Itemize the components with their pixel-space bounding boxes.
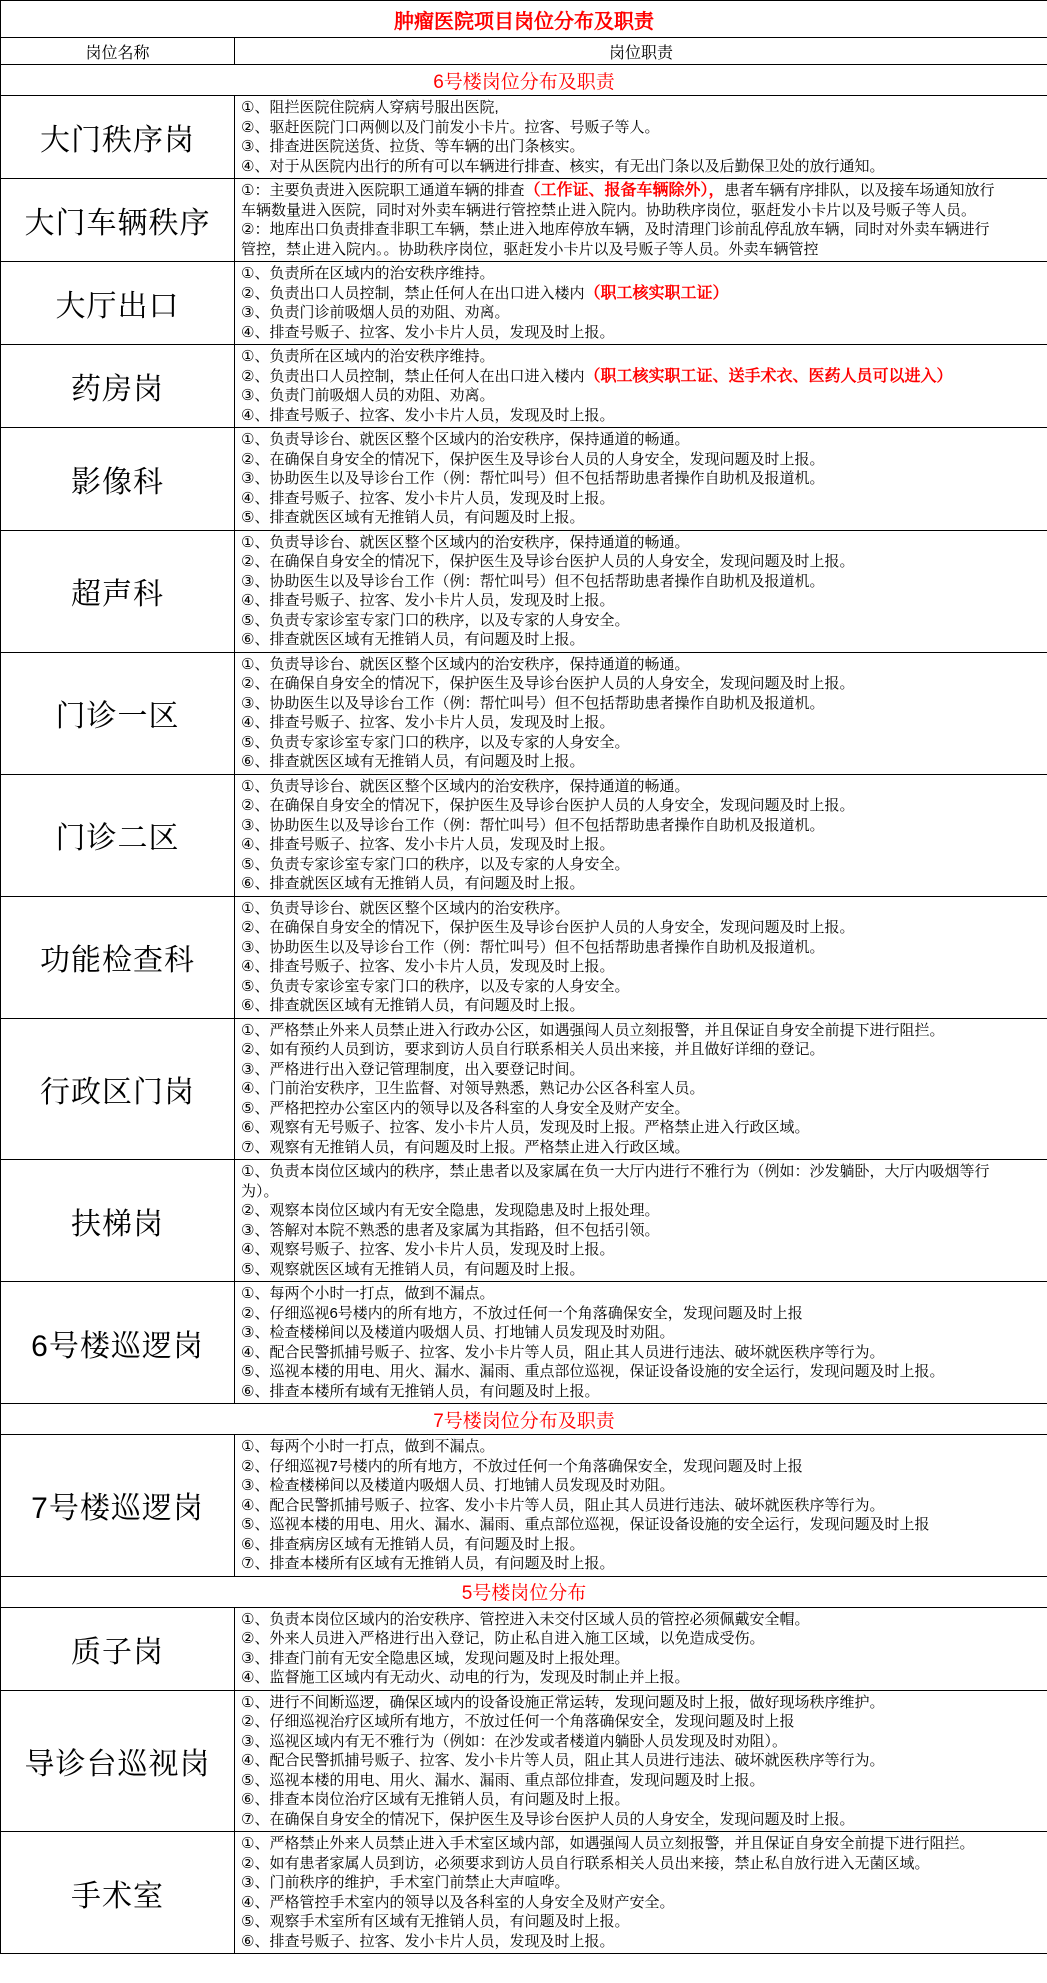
duty-item: ③、协助医生以及导诊台工作（例：帮忙叫号）但不包括帮助患者操作自助机及报道机。 (241, 816, 997, 836)
duty-item-text: ②、在确保自身安全的情况下，保护医生及导诊台人员的人身安全，发现问题及时上报。 (241, 451, 824, 468)
duty-item: ⑥、排查就医区域有无推销人员，有问题及时上报。 (241, 630, 997, 650)
duty-item: ③、协助医生以及导诊台工作（例：帮忙叫号）但不包括帮助患者操作自助机及报道机。 (241, 469, 997, 489)
duty-item: ④、对于从医院内出行的所有可以车辆进行排查、核实，有无出门条以及后勤保卫处的放行… (241, 157, 997, 177)
post-name: 手术室 (1, 1832, 235, 1954)
duty-item: ⑤、巡视本楼的用电、用火、漏水、漏雨、重点部位巡视，保证设备设施的安全运行，发现… (241, 1362, 997, 1382)
duty-item-text: ③、协助医生以及导诊台工作（例：帮忙叫号）但不包括帮助患者操作自助机及报道机。 (241, 817, 824, 834)
duty-item: ③、协助医生以及导诊台工作（例：帮忙叫号）但不包括帮助患者操作自助机及报道机。 (241, 694, 997, 714)
duty-item: ③、排查门前有无安全隐患区域，发现问题及时上报处理。 (241, 1649, 997, 1669)
duty-item-text: ③、检查楼梯间以及楼道内吸烟人员、打地铺人员发现及时劝阻。 (241, 1477, 674, 1494)
post-name: 功能检查科 (1, 896, 235, 1018)
post-row: 超声科 ①、负责导诊台、就医区整个区域内的治安秩序，保持通道的畅通。②、在确保自… (1, 530, 1047, 652)
duty-item: ⑤、巡视本楼的用电、用火、漏水、漏雨、重点部位巡视，保证设备设施的安全运行，发现… (241, 1515, 997, 1535)
duty-item-text: ②、如有预约人员到访，要求到访人员自行联系相关人员出来接，并且做好详细的登记。 (241, 1041, 824, 1058)
duty-item: ⑥、排查就医区域有无推销人员，有问题及时上报。 (241, 874, 997, 894)
duty-item: ③、检查楼梯间以及楼道内吸烟人员、打地铺人员发现及时劝阻。 (241, 1476, 997, 1496)
duty-item-text: ②、仔细巡视7号楼内的所有地方，不放过任何一个角落确保安全，发现问题及时上报 (241, 1458, 803, 1475)
duty-item: ③、严格进行出入登记管理制度，出入要登记时间。 (241, 1060, 997, 1080)
duty-item-text: ①、进行不间断巡逻，确保区域内的设备设施正常运转，发现问题及时上报，做好现场秩序… (241, 1694, 884, 1711)
post-name: 行政区门岗 (1, 1018, 235, 1160)
duty-item-text: ④、配合民警抓捕号贩子、拉客、发小卡片等人员，阻止其人员进行违法、破坏就医秩序等… (241, 1344, 884, 1361)
duty-item: ①、阻拦医院住院病人穿病号服出医院, (241, 98, 997, 118)
duty-list: ①、负责导诊台、就医区整个区域内的治安秩序，保持通道的畅通。②、在确保自身安全的… (235, 774, 1047, 896)
duty-item-text: ⑦、排查本楼所有区域有无推销人员，有问题及时上报。 (241, 1555, 614, 1572)
duty-item: ②、如有患者家属人员到访，必须要求到访人员自行联系相关人员出来接，禁止私自放行进… (241, 1854, 997, 1874)
duty-item: ④、严格管控手术室内的领导以及各科室的人身安全及财产安全。 (241, 1893, 997, 1913)
duty-item: ①：主要负责进入医院职工通道车辆的排查（工作证、报备车辆除外），患者车辆有序排队… (241, 181, 997, 220)
duty-list: ①、每两个小时一打点，做到不漏点。②、仔细巡视6号楼内的所有地方，不放过任何一个… (235, 1282, 1047, 1404)
duty-item-text: ⑥、排查就医区域有无推销人员，有问题及时上报。 (241, 997, 584, 1014)
title-row: 肿瘤医院项目岗位分布及职责 (1, 1, 1047, 38)
duty-item: ④、观察号贩子、拉客、发小卡片人员，发现及时上报。 (241, 1240, 997, 1260)
duty-item: ①、严格禁止外来人员禁止进入行政办公区，如遇强闯人员立刻报警，并且保证自身安全前… (241, 1021, 997, 1041)
duty-item-text: ①、负责导诊台、就医区整个区域内的治安秩序，保持通道的畅通。 (241, 656, 689, 673)
duty-item: ②、负责出口人员控制，禁止任何人在出口进入楼内（职工核实职工证） (241, 284, 997, 304)
duty-item-text: ④、监督施工区域内有无动火、动电的行为，发现及时制止并上报。 (241, 1669, 689, 1686)
duty-item: ②、在确保自身安全的情况下，保护医生及导诊台医护人员的人身安全，发现问题及时上报… (241, 674, 997, 694)
duty-item: ①、负责导诊台、就医区整个区域内的治安秩序。 (241, 899, 997, 919)
duty-item-text: ⑤、巡视本楼的用电、用火、漏水、漏雨、重点部位巡视，保证设备设施的安全运行，发现… (241, 1363, 944, 1380)
duty-item-text: ⑤、严格把控办公室区内的领导以及各科室的人身安全及财产安全。 (241, 1100, 689, 1117)
duty-item: ②、观察本岗位区域内有无安全隐患，发现隐患及时上报处理。 (241, 1201, 997, 1221)
duty-item: ③、协助医生以及导诊台工作（例：帮忙叫号）但不包括帮助患者操作自助机及报道机。 (241, 572, 997, 592)
duty-item-text: ③、巡视区域内有无不雅行为（例如：在沙发或者楼道内躺卧人员发现及时劝阻）。 (241, 1733, 787, 1750)
duty-item: ①、负责所在区域内的治安秩序维持。 (241, 264, 997, 284)
post-name: 门诊二区 (1, 774, 235, 896)
duty-item-text: ⑤、观察就医区域有无推销人员，有问题及时上报。 (241, 1261, 584, 1278)
duty-item: ⑥、排查号贩子、拉客、发小卡片人员，发现及时上报。 (241, 1932, 997, 1952)
duty-item-text: ④、排查号贩子、拉客、发小卡片人员，发现及时上报。 (241, 407, 614, 424)
duty-item: ⑥、排查病房区域有无推销人员，有问题及时上报。 (241, 1535, 997, 1555)
duty-item: ②、在确保自身安全的情况下，保护医生及导诊台医护人员的人身安全，发现问题及时上报… (241, 796, 997, 816)
duty-item: ⑥、排查就医区域有无推销人员，有问题及时上报。 (241, 996, 997, 1016)
post-row: 导诊台巡视岗 ①、进行不间断巡逻，确保区域内的设备设施正常运转，发现问题及时上报… (1, 1690, 1047, 1832)
duty-item-text: ③、协助医生以及导诊台工作（例：帮忙叫号）但不包括帮助患者操作自助机及报道机。 (241, 695, 824, 712)
duty-item: ⑥、排查本楼所有域有无推销人员，有问题及时上报。 (241, 1382, 997, 1402)
duty-item: ③、协助医生以及导诊台工作（例：帮忙叫号）但不包括帮助患者操作自助机及报道机。 (241, 938, 997, 958)
duty-item: ⑤、观察就医区域有无推销人员，有问题及时上报。 (241, 1260, 997, 1280)
duty-list: ①、负责导诊台、就医区整个区域内的治安秩序。②、在确保自身安全的情况下，保护医生… (235, 896, 1047, 1018)
duty-item: ④、门前治安秩序，卫生监督、对领导熟悉，熟记办公区各科室人员。 (241, 1079, 997, 1099)
duty-item-text: ②、在确保自身安全的情况下，保护医生及导诊台医护人员的人身安全，发现问题及时上报… (241, 797, 854, 814)
duty-item-text: ⑥、排查就医区域有无推销人员，有问题及时上报。 (241, 875, 584, 892)
duty-item: ③、门前秩序的维护，手术室门前禁止大声喧哗。 (241, 1873, 997, 1893)
duty-item: ⑦、观察有无推销人员，有问题及时上报。严格禁止进入行政区域。 (241, 1138, 997, 1158)
duty-item-text: ⑦、观察有无推销人员，有问题及时上报。严格禁止进入行政区域。 (241, 1139, 689, 1156)
duty-item: ⑤、负责专家诊室专家门口的秩序，以及专家的人身安全。 (241, 855, 997, 875)
duty-item: ④、排查号贩子、拉客、发小卡片人员，发现及时上报。 (241, 591, 997, 611)
duty-item-text: ③、负责门诊前吸烟人员的劝阻、劝离。 (241, 304, 509, 321)
duty-item-text: ③、协助医生以及导诊台工作（例：帮忙叫号）但不包括帮助患者操作自助机及报道机。 (241, 470, 824, 487)
duty-item-text: ⑤、负责专家诊室专家门口的秩序，以及专家的人身安全。 (241, 734, 629, 751)
duty-item-text: ②、仔细巡视6号楼内的所有地方，不放过任何一个角落确保安全，发现问题及时上报 (241, 1305, 803, 1322)
duty-item: ⑤、负责专家诊室专家门口的秩序，以及专家的人身安全。 (241, 977, 997, 997)
duty-item: ①、每两个小时一打点，做到不漏点。 (241, 1284, 997, 1304)
duty-item-text: ④、严格管控手术室内的领导以及各科室的人身安全及财产安全。 (241, 1894, 674, 1911)
post-name: 影像科 (1, 428, 235, 531)
duty-item-text: ①、负责导诊台、就医区整个区域内的治安秩序。 (241, 900, 569, 917)
post-row: 6号楼巡逻岗 ①、每两个小时一打点，做到不漏点。②、仔细巡视6号楼内的所有地方，… (1, 1282, 1047, 1404)
section-header: 5号楼岗位分布 (1, 1576, 1047, 1607)
post-row: 功能检查科 ①、负责导诊台、就医区整个区域内的治安秩序。②、在确保自身安全的情况… (1, 896, 1047, 1018)
post-row: 药房岗 ①、负责所在区域内的治安秩序维持。②、负责出口人员控制，禁止任何人在出口… (1, 345, 1047, 428)
duty-item-text: ②、负责出口人员控制，禁止任何人在出口进入楼内 (241, 285, 584, 302)
duty-list: ①、负责所在区域内的治安秩序维持。②、负责出口人员控制，禁止任何人在出口进入楼内… (235, 262, 1047, 345)
post-name: 7号楼巡逻岗 (1, 1435, 235, 1577)
duty-item: ④、配合民警抓捕号贩子、拉客、发小卡片等人员，阻止其人员进行违法、破坏就医秩序等… (241, 1496, 997, 1516)
duty-item-text: ①、每两个小时一打点，做到不漏点。 (241, 1285, 494, 1302)
duty-item: ①、每两个小时一打点，做到不漏点。 (241, 1437, 997, 1457)
duty-list: ①、严格禁止外来人员禁止进入手术室区域内部，如遇强闯人员立刻报警，并且保证自身安… (235, 1832, 1047, 1954)
duty-item-text: ⑥、排查本岗位治疗区域有无推销人员，有问题及时上报。 (241, 1791, 629, 1808)
post-name: 大门车辆秩序 (1, 179, 235, 262)
duty-item-text: ②、在确保自身安全的情况下，保护医生及导诊台医护人员的人身安全，发现问题及时上报… (241, 675, 854, 692)
duty-item-text: ⑤、观察手术室所有区域有无推销人员，有问题及时上报。 (241, 1913, 629, 1930)
duty-item: ①、负责导诊台、就医区整个区域内的治安秩序，保持通道的畅通。 (241, 655, 997, 675)
duty-item: ①、负责导诊台、就医区整个区域内的治安秩序，保持通道的畅通。 (241, 430, 997, 450)
duty-item: ⑤、观察手术室所有区域有无推销人员，有问题及时上报。 (241, 1912, 997, 1932)
duty-item: ①、负责所在区域内的治安秩序维持。 (241, 347, 997, 367)
duty-item-text: ①、每两个小时一打点，做到不漏点。 (241, 1438, 494, 1455)
duty-item: ⑥、排查就医区域有无推销人员，有问题及时上报。 (241, 752, 997, 772)
post-name: 扶梯岗 (1, 1160, 235, 1282)
duty-item-text: ⑤、负责专家诊室专家门口的秩序，以及专家的人身安全。 (241, 856, 629, 873)
duty-item-emphasis: （职工核实职工证、送手术衣、医药人员可以进入） (584, 368, 952, 385)
post-row: 大门车辆秩序 ①：主要负责进入医院职工通道车辆的排查（工作证、报备车辆除外），患… (1, 179, 1047, 262)
duty-item-text: ④、排查号贩子、拉客、发小卡片人员，发现及时上报。 (241, 958, 614, 975)
duty-item: ④、配合民警抓捕号贩子、拉客、发小卡片等人员，阻止其人员进行违法、破坏就医秩序等… (241, 1343, 997, 1363)
post-name: 药房岗 (1, 345, 235, 428)
duty-item: ①、严格禁止外来人员禁止进入手术室区域内部，如遇强闯人员立刻报警，并且保证自身安… (241, 1834, 997, 1854)
duty-list: ①、负责导诊台、就医区整个区域内的治安秩序，保持通道的畅通。②、在确保自身安全的… (235, 652, 1047, 774)
duty-item-emphasis: （工作证、报备车辆除外）， (524, 182, 724, 199)
duty-item-text: ②、仔细巡视治疗区域所有地方，不放过任何一个角落确保安全，发现问题及时上报 (241, 1713, 794, 1730)
duty-item-text: ①、负责所在区域内的治安秩序维持。 (241, 265, 494, 282)
duty-item-text: ①、严格禁止外来人员禁止进入行政办公区，如遇强闯人员立刻报警，并且保证自身安全前… (241, 1022, 944, 1039)
post-row: 大门秩序岗 ①、阻拦医院住院病人穿病号服出医院,②、驱赶医院门口两侧以及门前发小… (1, 96, 1047, 179)
duty-list: ①、负责本岗位区域内的治安秩序、管控进入未交付区域人员的管控必须佩戴安全帽。②、… (235, 1607, 1047, 1690)
duty-item-text: ④、排查号贩子、拉客、发小卡片人员，发现及时上报。 (241, 592, 614, 609)
post-row: 门诊一区 ①、负责导诊台、就医区整个区域内的治安秩序，保持通道的畅通。②、在确保… (1, 652, 1047, 774)
duty-item-text: ①、严格禁止外来人员禁止进入手术室区域内部，如遇强闯人员立刻报警，并且保证自身安… (241, 1835, 974, 1852)
duty-item-text: ⑤、巡视本楼的用电、用火、漏水、漏雨、重点部位巡视，保证设备设施的安全运行，发现… (241, 1516, 929, 1533)
duty-item-text: ④、排查号贩子、拉客、发小卡片人员，发现及时上报。 (241, 324, 614, 341)
post-row: 质子岗 ①、负责本岗位区域内的治安秩序、管控进入未交付区域人员的管控必须佩戴安全… (1, 1607, 1047, 1690)
duty-item-text: ④、对于从医院内出行的所有可以车辆进行排查、核实，有无出门条以及后勤保卫处的放行… (241, 158, 884, 175)
duty-item-text: ④、排查号贩子、拉客、发小卡片人员，发现及时上报。 (241, 836, 614, 853)
post-row: 大厅出口 ①、负责所在区域内的治安秩序维持。②、负责出口人员控制，禁止任何人在出… (1, 262, 1047, 345)
post-name: 6号楼巡逻岗 (1, 1282, 235, 1404)
duty-item: ⑤、巡视本楼的用电、用火、漏水、漏雨、重点部位排查，发现问题及时上报。 (241, 1771, 997, 1791)
duty-item-text: ①、负责本岗位区域内的秩序，禁止患者以及家属在负一大厅内进行不雅行为（例如：沙发… (241, 1163, 989, 1200)
duty-item: ③、负责门前吸烟人员的劝阻、劝离。 (241, 386, 997, 406)
duty-item: ④、配合民警抓捕号贩子、拉客、发小卡片等人员，阻止其人员进行违法、破坏就医秩序等… (241, 1751, 997, 1771)
duty-item-text: ③、排查门前有无安全隐患区域，发现问题及时上报处理。 (241, 1650, 629, 1667)
duty-item-text: ④、配合民警抓捕号贩子、拉客、发小卡片等人员，阻止其人员进行违法、破坏就医秩序等… (241, 1497, 884, 1514)
duty-item: ④、排查号贩子、拉客、发小卡片人员，发现及时上报。 (241, 713, 997, 733)
duty-list: ①、阻拦医院住院病人穿病号服出医院,②、驱赶医院门口两侧以及门前发小卡片。拉客、… (235, 96, 1047, 179)
duty-item: ②、在确保自身安全的情况下，保护医生及导诊台医护人员的人身安全，发现问题及时上报… (241, 918, 997, 938)
duty-item-text: ①、负责所在区域内的治安秩序维持。 (241, 348, 494, 365)
duty-item: ①、负责导诊台、就医区整个区域内的治安秩序，保持通道的畅通。 (241, 533, 997, 553)
duty-item-text: ②、在确保自身安全的情况下，保护医生及导诊台医护人员的人身安全，发现问题及时上报… (241, 553, 854, 570)
duty-item: ④、排查号贩子、拉客、发小卡片人员，发现及时上报。 (241, 406, 997, 426)
section-header-row: 7号楼岗位分布及职责 (1, 1404, 1047, 1435)
duty-item-text: ①、阻拦医院住院病人穿病号服出医院, (241, 99, 499, 116)
duty-item-text: ③、协助医生以及导诊台工作（例：帮忙叫号）但不包括帮助患者操作自助机及报道机。 (241, 573, 824, 590)
duty-item-text: ②、驱赶医院门口两侧以及门前发小卡片。拉客、号贩子等人。 (241, 119, 659, 136)
duty-item-text: ①：主要负责进入医院职工通道车辆的排查 (241, 182, 524, 199)
duty-item-text: ①、负责导诊台、就医区整个区域内的治安秩序，保持通道的畅通。 (241, 778, 689, 795)
duty-item: ②、仔细巡视6号楼内的所有地方，不放过任何一个角落确保安全，发现问题及时上报 (241, 1304, 997, 1324)
column-header-name: 岗位名称 (1, 38, 235, 65)
duty-item-text: ⑤、负责专家诊室专家门口的秩序，以及专家的人身安全。 (241, 978, 629, 995)
duty-item-text: ③、门前秩序的维护，手术室门前禁止大声喧哗。 (241, 1874, 569, 1891)
post-row: 7号楼巡逻岗 ①、每两个小时一打点，做到不漏点。②、仔细巡视7号楼内的所有地方，… (1, 1435, 1047, 1577)
duty-item-text: ⑤、巡视本楼的用电、用火、漏水、漏雨、重点部位排查，发现问题及时上报。 (241, 1772, 764, 1789)
duty-item-text: ③、负责门前吸烟人员的劝阻、劝离。 (241, 387, 494, 404)
duty-item-text: ⑤、排查就医区域有无推销人员，有问题及时上报。 (241, 509, 584, 526)
post-name: 门诊一区 (1, 652, 235, 774)
duty-item: ②、负责出口人员控制，禁止任何人在出口进入楼内（职工核实职工证、送手术衣、医药人… (241, 367, 997, 387)
post-row: 影像科 ①、负责导诊台、就医区整个区域内的治安秩序，保持通道的畅通。②、在确保自… (1, 428, 1047, 531)
duty-item: ④、排查号贩子、拉客、发小卡片人员，发现及时上报。 (241, 489, 997, 509)
duty-item-text: ④、观察号贩子、拉客、发小卡片人员，发现及时上报。 (241, 1241, 614, 1258)
duty-item-text: ⑥、排查就医区域有无推销人员，有问题及时上报。 (241, 753, 584, 770)
duty-list: ①、进行不间断巡逻，确保区域内的设备设施正常运转，发现问题及时上报，做好现场秩序… (235, 1690, 1047, 1832)
duty-item-text: ⑥、排查号贩子、拉客、发小卡片人员，发现及时上报。 (241, 1933, 614, 1950)
duty-item: ②、如有预约人员到访，要求到访人员自行联系相关人员出来接，并且做好详细的登记。 (241, 1040, 997, 1060)
column-header-row: 岗位名称 岗位职责 (1, 38, 1047, 65)
column-header-duty: 岗位职责 (235, 38, 1047, 65)
duty-item: ⑦、排查本楼所有区域有无推销人员，有问题及时上报。 (241, 1554, 997, 1574)
duty-item: ③、答解对本院不熟悉的患者及家属为其指路，但不包括引领。 (241, 1221, 997, 1241)
duty-item-text: ①、负责导诊台、就医区整个区域内的治安秩序，保持通道的畅通。 (241, 431, 689, 448)
duty-item: ③、检查楼梯间以及楼道内吸烟人员、打地铺人员发现及时劝阻。 (241, 1323, 997, 1343)
duty-item-text: ③、排查进医院送货、拉货、等车辆的出门条核实。 (241, 138, 584, 155)
duty-item: ③、负责门诊前吸烟人员的劝阻、劝离。 (241, 303, 997, 323)
duty-item: ④、排查号贩子、拉客、发小卡片人员，发现及时上报。 (241, 323, 997, 343)
duty-list: ①、负责导诊台、就医区整个区域内的治安秩序，保持通道的畅通。②、在确保自身安全的… (235, 428, 1047, 531)
duty-item: ②、外来人员进入严格进行出入登记，防止私自进入施工区域，以免造成受伤。 (241, 1629, 997, 1649)
duty-list: ①、负责本岗位区域内的秩序，禁止患者以及家属在负一大厅内进行不雅行为（例如：沙发… (235, 1160, 1047, 1282)
section-header-row: 5号楼岗位分布 (1, 1576, 1047, 1607)
duty-item-text: ⑥、排查本楼所有域有无推销人员，有问题及时上报。 (241, 1383, 599, 1400)
duty-item-text: ②：地库出口负责排查非职工车辆，禁止进入地库停放车辆，及时清理门诊前乱停乱放车辆… (241, 221, 989, 258)
duty-item-text: ①、负责导诊台、就医区整个区域内的治安秩序，保持通道的畅通。 (241, 534, 689, 551)
duty-item-text: ④、门前治安秩序，卫生监督、对领导熟悉，熟记办公区各科室人员。 (241, 1080, 704, 1097)
section-header: 7号楼岗位分布及职责 (1, 1404, 1047, 1435)
duty-item: ⑤、负责专家诊室专家门口的秩序，以及专家的人身安全。 (241, 611, 997, 631)
duty-item: ②、在确保自身安全的情况下，保护医生及导诊台人员的人身安全，发现问题及时上报。 (241, 450, 997, 470)
duty-item-text: ②、在确保自身安全的情况下，保护医生及导诊台医护人员的人身安全，发现问题及时上报… (241, 919, 854, 936)
duty-list: ①、严格禁止外来人员禁止进入行政办公区，如遇强闯人员立刻报警，并且保证自身安全前… (235, 1018, 1047, 1160)
post-name: 超声科 (1, 530, 235, 652)
duty-item: ③、巡视区域内有无不雅行为（例如：在沙发或者楼道内躺卧人员发现及时劝阻）。 (241, 1732, 997, 1752)
post-name: 导诊台巡视岗 (1, 1690, 235, 1832)
document-sheet: 肿瘤医院项目岗位分布及职责 岗位名称 岗位职责 6号楼岗位分布及职责 大门秩序岗… (0, 0, 1047, 1954)
duty-item-text: ②、观察本岗位区域内有无安全隐患，发现隐患及时上报处理。 (241, 1202, 659, 1219)
duty-item: ④、排查号贩子、拉客、发小卡片人员，发现及时上报。 (241, 835, 997, 855)
duty-item: ①、进行不间断巡逻，确保区域内的设备设施正常运转，发现问题及时上报，做好现场秩序… (241, 1693, 997, 1713)
post-name: 大厅出口 (1, 262, 235, 345)
duty-item-text: ⑤、负责专家诊室专家门口的秩序，以及专家的人身安全。 (241, 612, 629, 629)
post-row: 门诊二区 ①、负责导诊台、就医区整个区域内的治安秩序，保持通道的畅通。②、在确保… (1, 774, 1047, 896)
duty-item: ⑥、观察有无号贩子、拉客、发小卡片人员，发现及时上报。严格禁止进入行政区域。 (241, 1118, 997, 1138)
duty-item-text: ②、负责出口人员控制，禁止任何人在出口进入楼内 (241, 368, 584, 385)
section-header-row: 6号楼岗位分布及职责 (1, 65, 1047, 96)
duty-item-text: ③、严格进行出入登记管理制度，出入要登记时间。 (241, 1061, 584, 1078)
post-duty-table: 肿瘤医院项目岗位分布及职责 岗位名称 岗位职责 6号楼岗位分布及职责 大门秩序岗… (0, 0, 1047, 1954)
duty-item-text: ⑦、在确保自身安全的情况下，保护医生及导诊台医护人员的人身安全，发现问题及时上报… (241, 1811, 854, 1828)
duty-item-text: ①、负责本岗位区域内的治安秩序、管控进入未交付区域人员的管控必须佩戴安全帽。 (241, 1611, 809, 1628)
duty-item: ④、排查号贩子、拉客、发小卡片人员，发现及时上报。 (241, 957, 997, 977)
duty-item: ②、仔细巡视7号楼内的所有地方，不放过任何一个角落确保安全，发现问题及时上报 (241, 1457, 997, 1477)
duty-item-text: ②、外来人员进入严格进行出入登记，防止私自进入施工区域，以免造成受伤。 (241, 1630, 764, 1647)
duty-item-text: ③、检查楼梯间以及楼道内吸烟人员、打地铺人员发现及时劝阻。 (241, 1324, 674, 1341)
duty-item-text: ④、排查号贩子、拉客、发小卡片人员，发现及时上报。 (241, 714, 614, 731)
post-row: 行政区门岗 ①、严格禁止外来人员禁止进入行政办公区，如遇强闯人员立刻报警，并且保… (1, 1018, 1047, 1160)
duty-item: ②、在确保自身安全的情况下，保护医生及导诊台医护人员的人身安全，发现问题及时上报… (241, 552, 997, 572)
duty-item: ⑤、严格把控办公室区内的领导以及各科室的人身安全及财产安全。 (241, 1099, 997, 1119)
duty-item-text: ④、配合民警抓捕号贩子、拉客、发小卡片等人员，阻止其人员进行违法、破坏就医秩序等… (241, 1752, 884, 1769)
duty-item: ⑤、排查就医区域有无推销人员，有问题及时上报。 (241, 508, 997, 528)
duty-item-text: ⑥、排查病房区域有无推销人员，有问题及时上报。 (241, 1536, 584, 1553)
duty-list: ①：主要负责进入医院职工通道车辆的排查（工作证、报备车辆除外），患者车辆有序排队… (235, 179, 1047, 262)
duty-item-emphasis: （职工核实职工证） (584, 285, 728, 302)
post-name: 质子岗 (1, 1607, 235, 1690)
duty-item: ⑤、负责专家诊室专家门口的秩序，以及专家的人身安全。 (241, 733, 997, 753)
duty-item-text: ③、协助医生以及导诊台工作（例：帮忙叫号）但不包括帮助患者操作自助机及报道机。 (241, 939, 824, 956)
duty-item-text: ②、如有患者家属人员到访，必须要求到访人员自行联系相关人员出来接，禁止私自放行进… (241, 1855, 929, 1872)
duty-item: ⑦、在确保自身安全的情况下，保护医生及导诊台医护人员的人身安全，发现问题及时上报… (241, 1810, 997, 1830)
post-row: 手术室 ①、严格禁止外来人员禁止进入手术室区域内部，如遇强闯人员立刻报警，并且保… (1, 1832, 1047, 1954)
duty-list: ①、每两个小时一打点，做到不漏点。②、仔细巡视7号楼内的所有地方，不放过任何一个… (235, 1435, 1047, 1577)
duty-item-text: ④、排查号贩子、拉客、发小卡片人员，发现及时上报。 (241, 490, 614, 507)
duty-item: ⑥、排查本岗位治疗区域有无推销人员，有问题及时上报。 (241, 1790, 997, 1810)
duty-item: ①、负责本岗位区域内的治安秩序、管控进入未交付区域人员的管控必须佩戴安全帽。 (241, 1610, 997, 1630)
duty-item-text: ⑥、排查就医区域有无推销人员，有问题及时上报。 (241, 631, 584, 648)
post-name: 大门秩序岗 (1, 96, 235, 179)
duty-list: ①、负责所在区域内的治安秩序维持。②、负责出口人员控制，禁止任何人在出口进入楼内… (235, 345, 1047, 428)
duty-item: ②：地库出口负责排查非职工车辆，禁止进入地库停放车辆，及时清理门诊前乱停乱放车辆… (241, 220, 997, 259)
section-header: 6号楼岗位分布及职责 (1, 65, 1047, 96)
duty-item: ③、排查进医院送货、拉货、等车辆的出门条核实。 (241, 137, 997, 157)
post-row: 扶梯岗 ①、负责本岗位区域内的秩序，禁止患者以及家属在负一大厅内进行不雅行为（例… (1, 1160, 1047, 1282)
duty-item: ①、负责导诊台、就医区整个区域内的治安秩序，保持通道的畅通。 (241, 777, 997, 797)
duty-item: ④、监督施工区域内有无动火、动电的行为，发现及时制止并上报。 (241, 1668, 997, 1688)
duty-item: ②、驱赶医院门口两侧以及门前发小卡片。拉客、号贩子等人。 (241, 118, 997, 138)
duty-item: ①、负责本岗位区域内的秩序，禁止患者以及家属在负一大厅内进行不雅行为（例如：沙发… (241, 1162, 997, 1201)
page-title: 肿瘤医院项目岗位分布及职责 (1, 1, 1047, 38)
duty-item-text: ⑥、观察有无号贩子、拉客、发小卡片人员，发现及时上报。严格禁止进入行政区域。 (241, 1119, 809, 1136)
duty-item: ②、仔细巡视治疗区域所有地方，不放过任何一个角落确保安全，发现问题及时上报 (241, 1712, 997, 1732)
duty-item-text: ③、答解对本院不熟悉的患者及家属为其指路，但不包括引领。 (241, 1222, 659, 1239)
duty-list: ①、负责导诊台、就医区整个区域内的治安秩序，保持通道的畅通。②、在确保自身安全的… (235, 530, 1047, 652)
